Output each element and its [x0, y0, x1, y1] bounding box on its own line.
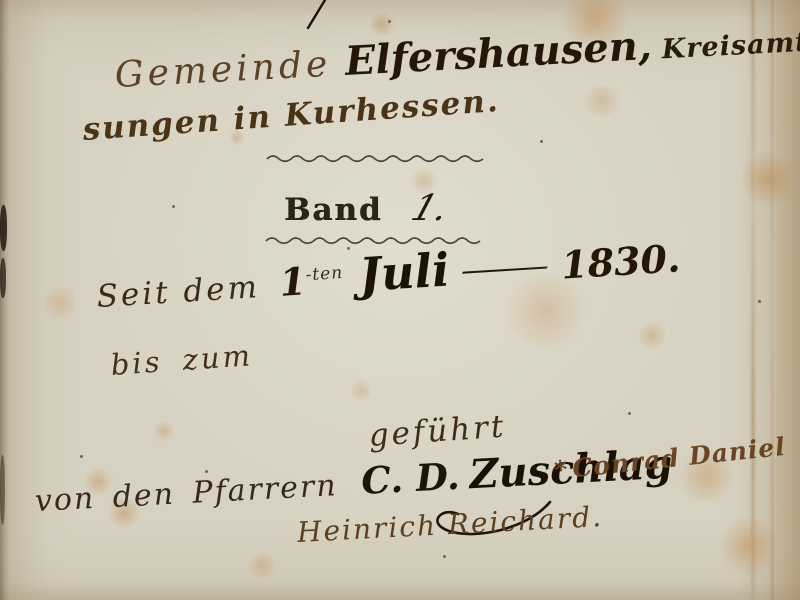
gutter-ink-blob — [0, 205, 7, 251]
speck — [80, 455, 83, 458]
cutoff-ink-stroke — [303, 0, 329, 30]
wavy-divider — [265, 152, 487, 164]
kept-line: geführt — [367, 408, 507, 454]
handwritten-dash: — — [457, 248, 552, 289]
clergy-intro: von den Pfarrern — [34, 468, 338, 519]
period-prefix: Seit dem — [96, 269, 261, 315]
community-word: Gemeinde — [114, 44, 332, 96]
district-name: Kreisamt Mel- — [661, 22, 800, 65]
community-line: GemeindeElfershausen,Kreisamt Mel- — [114, 9, 800, 97]
stain — [246, 552, 278, 579]
stain — [636, 322, 668, 349]
speck — [628, 412, 631, 415]
page-right-edge — [776, 0, 800, 600]
period-month: Juli — [358, 243, 451, 302]
stain — [718, 515, 780, 577]
volume-line: Band1. — [284, 188, 447, 229]
stain — [44, 282, 76, 324]
period-year: 1830. — [560, 235, 682, 287]
speck — [388, 20, 391, 23]
stain — [348, 380, 374, 401]
stain — [368, 12, 396, 36]
speck — [758, 300, 761, 303]
volume-label: Band — [284, 192, 383, 228]
clergy-initials: C. D. — [360, 454, 460, 503]
volume-number: 1. — [406, 188, 454, 229]
period-ordinal: -ten — [305, 263, 344, 285]
annotation-mark: * — [553, 455, 570, 485]
stain — [580, 85, 624, 117]
scanned-register-title-page: GemeindeElfershausen,Kreisamt Mel- sunge… — [0, 0, 800, 600]
page-fold-line — [751, 0, 755, 600]
period-day: 1 — [278, 258, 307, 305]
stain — [742, 148, 794, 210]
gutter-ink-blob — [0, 258, 6, 298]
speck — [172, 205, 175, 208]
speck — [540, 140, 543, 143]
stain — [152, 422, 176, 441]
page-fold-line — [771, 0, 774, 600]
until-line: bis zum — [110, 338, 254, 382]
gutter-ink-blob — [0, 455, 5, 525]
speck — [443, 555, 446, 558]
